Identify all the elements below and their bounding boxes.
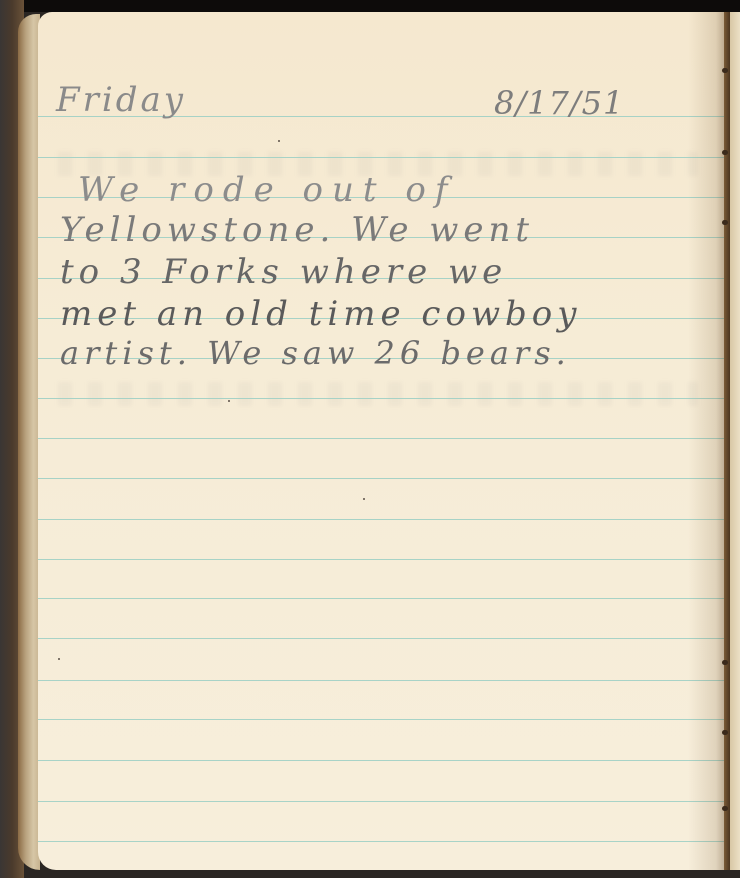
paper-speck: [278, 140, 280, 142]
entry-date: 8/17/51: [494, 84, 624, 122]
ruled-line: [38, 398, 728, 399]
entry-day: Friday: [56, 80, 186, 120]
ruled-line: [38, 760, 728, 761]
diary-page: Friday 8/17/51 We rode out of Yellowston…: [38, 12, 728, 870]
binding-stitch: [722, 806, 728, 811]
notebook-page-edges: [18, 14, 40, 870]
ruled-line: [38, 801, 728, 802]
ruled-line: [38, 478, 728, 479]
paper-speck: [228, 400, 230, 402]
facing-page-edge: [730, 12, 740, 870]
entry-line-5: artist. We saw 26 bears.: [60, 334, 571, 372]
binding-stitch: [722, 660, 728, 665]
entry-line-1: We rode out of: [78, 170, 456, 210]
binding-stitch: [722, 730, 728, 735]
ruled-line: [38, 680, 728, 681]
ruled-line: [38, 598, 728, 599]
bleed-through-text: [58, 382, 698, 406]
binding-stitch: [722, 68, 728, 73]
entry-line-2: Yellowstone. We went: [60, 210, 534, 250]
photo-top-border: [0, 0, 740, 12]
ruled-line: [38, 559, 728, 560]
entry-line-4: met an old time cowboy: [60, 294, 582, 334]
ruled-line: [38, 519, 728, 520]
ruled-line: [38, 841, 728, 842]
paper-speck: [58, 658, 60, 660]
paper-speck: [363, 498, 365, 500]
entry-line-3: to 3 Forks where we: [60, 252, 507, 292]
ruled-line: [38, 438, 728, 439]
ruled-line: [38, 638, 728, 639]
ruled-line: [38, 157, 728, 158]
ruled-line: [38, 719, 728, 720]
binding-stitch: [722, 220, 728, 225]
binding-stitch: [722, 150, 728, 155]
